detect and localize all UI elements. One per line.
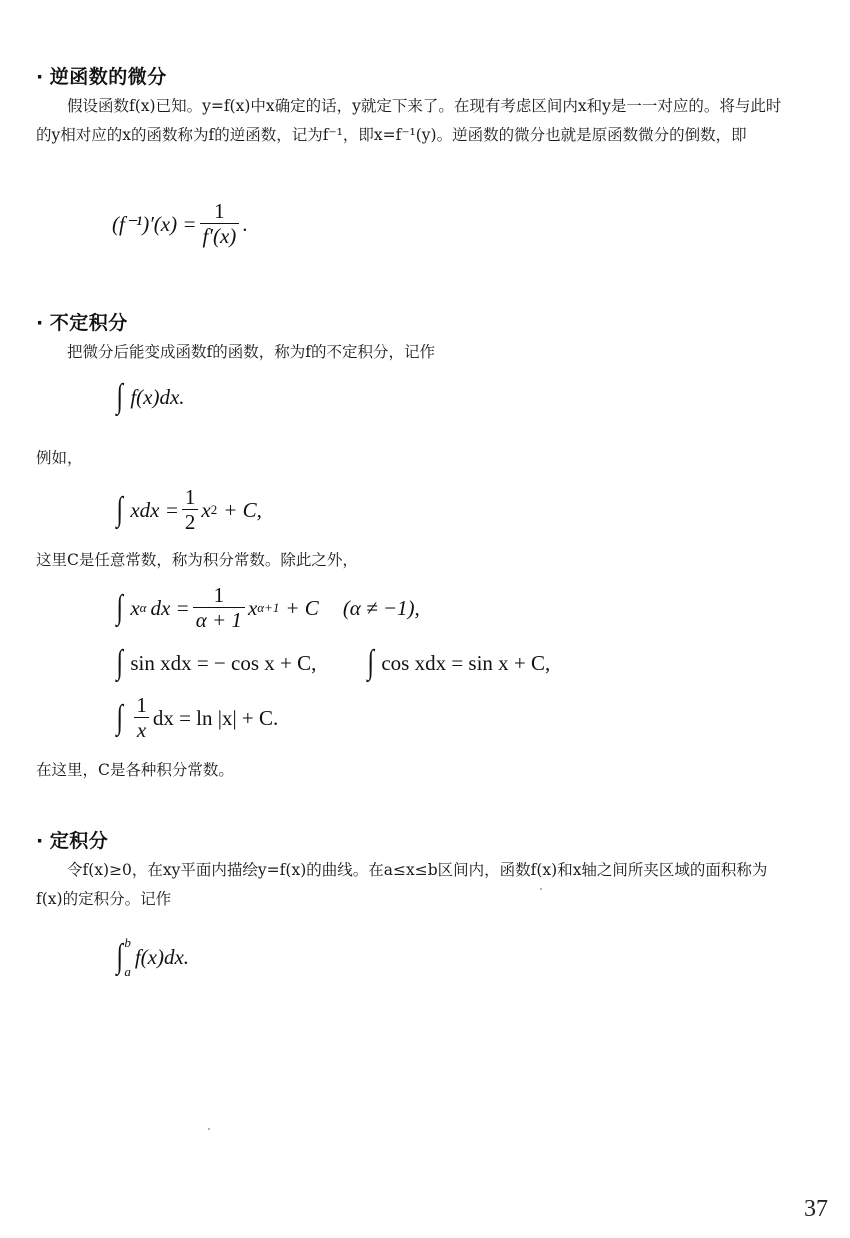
formula-sin: ∫ sin xdx = − cos x + C, — [115, 646, 316, 680]
integral-sign: ∫ — [116, 646, 123, 680]
rhs-tail: + C — [285, 596, 318, 621]
formula-body: f(x)dx. — [130, 385, 184, 410]
numerator: 1 — [211, 200, 228, 223]
rhs-tail: + C, — [223, 498, 262, 523]
denominator: 2 — [182, 509, 199, 534]
integral-sign: ∫ — [116, 591, 123, 625]
integral-sign: ∫ — [116, 493, 123, 527]
formula-example-x: ∫ xdx = 1 2 x2 + C, — [115, 486, 262, 534]
textbook-page: ·逆函数的微分 假设函数f(x)已知。y=f(x)中x确定的话，y就定下来了。在… — [0, 0, 850, 1238]
integral-sign: ∫ — [116, 380, 123, 414]
bullet: · — [36, 66, 44, 88]
formula-body: f(x)dx. — [135, 945, 189, 970]
rhs-base: x — [248, 596, 257, 621]
formula-lhs: (f⁻¹)′(x) = — [112, 212, 197, 237]
section-heading-definite-integral: ·定积分 — [36, 826, 108, 853]
bullet: · — [36, 830, 44, 852]
fraction: 1 x — [133, 694, 150, 742]
section-heading-inverse-derivative: ·逆函数的微分 — [36, 62, 167, 89]
formula-reciprocal: ∫ 1 x dx = ln |x| + C. — [115, 694, 278, 742]
scan-speck — [208, 1128, 210, 1130]
fraction: 1 f′(x) — [200, 200, 240, 248]
denominator: x — [134, 717, 149, 742]
heading-text: 不定积分 — [50, 312, 128, 334]
numerator: 1 — [133, 694, 150, 717]
formula-inverse-derivative: (f⁻¹)′(x) = 1 f′(x) . — [112, 200, 248, 248]
formula-cos: ∫ cos xdx = sin x + C, — [366, 646, 550, 680]
integral-limits: b a — [124, 936, 131, 978]
paragraph-indefinite-integral: 把微分后能变成函数f的函数，称为f的不定积分，记作 — [36, 338, 786, 367]
integral-sign: ∫ — [116, 940, 123, 974]
numerator: 1 — [182, 486, 199, 509]
heading-text: 逆函数的微分 — [50, 66, 167, 88]
fraction: 1 α + 1 — [193, 584, 245, 632]
lhs-base: x — [130, 596, 139, 621]
numerator: 1 — [211, 584, 228, 607]
rhs-base: x — [201, 498, 210, 523]
paragraph-definite-integral: 令f(x)≥0，在xy平面内描绘y=f(x)的曲线。在a≤x≤b区间内，函数f(… — [36, 856, 786, 914]
denominator: α + 1 — [193, 607, 245, 632]
denominator: f′(x) — [200, 223, 240, 248]
integral-sign: ∫ — [116, 701, 123, 735]
constant-note: 这里C是任意常数，称为积分常数。除此之外， — [36, 546, 786, 575]
formula-definite-integral: ∫ b a f(x)dx. — [115, 936, 189, 978]
formula-power-rule: ∫ xα dx = 1 α + 1 xα+1 + C (α ≠ −1), — [115, 584, 420, 632]
page-number: 37 — [804, 1196, 828, 1223]
heading-text: 定积分 — [50, 830, 109, 852]
bullet: · — [36, 312, 44, 334]
formula-tail: dx = ln |x| + C. — [153, 706, 278, 731]
lhs-tail: dx = — [150, 596, 189, 621]
formula-tail: . — [242, 212, 247, 237]
condition: (α ≠ −1), — [343, 596, 420, 621]
scan-speck — [540, 888, 542, 890]
section-heading-indefinite-integral: ·不定积分 — [36, 308, 128, 335]
lower-limit: a — [124, 965, 131, 978]
fraction: 1 2 — [182, 486, 199, 534]
paragraph-inverse-function: 假设函数f(x)已知。y=f(x)中x确定的话，y就定下来了。在现有考虑区间内x… — [36, 92, 786, 150]
formula-indefinite-definition: ∫ f(x)dx. — [115, 380, 185, 414]
integral-sign: ∫ — [367, 646, 374, 680]
closing-note: 在这里，C是各种积分常数。 — [36, 756, 786, 785]
formula-text: sin xdx = − cos x + C, — [130, 651, 316, 676]
upper-limit: b — [124, 936, 131, 949]
formula-lhs: xdx = — [130, 498, 179, 523]
example-label: 例如， — [36, 444, 786, 473]
formula-text: cos xdx = sin x + C, — [381, 651, 550, 676]
